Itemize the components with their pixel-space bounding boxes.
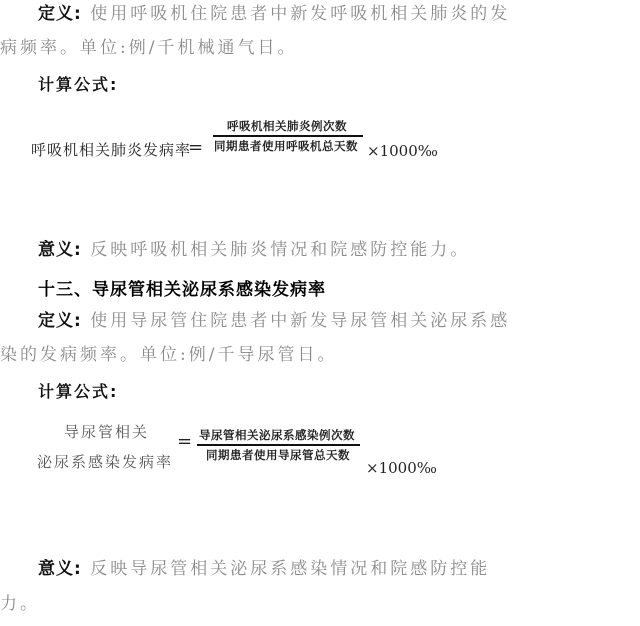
s12-definition-text: 使用呼吸机住院患者中新发呼吸机相关肺炎的发 bbox=[90, 4, 510, 24]
s13-definition-text: 使用导尿管住院患者中新发导尿管相关泌尿系感 bbox=[90, 311, 510, 331]
s13-fraction-bar bbox=[197, 444, 360, 446]
s13-formula-lhs-line1: 导尿管相关 bbox=[64, 421, 149, 442]
s13-formula-lhs-line2: 泌尿系感染发病率 bbox=[37, 451, 173, 472]
s13-definition-line1: 定义: 使用导尿管住院患者中新发导尿管相关泌尿系感 bbox=[38, 311, 510, 331]
s13-formula-numerator: 导尿管相关泌尿系感染例次数 bbox=[199, 427, 355, 443]
s13-significance-label: 意义: bbox=[38, 559, 82, 579]
s12-formula-equals: = bbox=[188, 137, 203, 158]
s12-fraction-bar bbox=[213, 135, 363, 137]
s12-definition-label: 定义: bbox=[38, 4, 82, 24]
s12-formula-label: 计算公式: bbox=[38, 72, 118, 95]
s13-formula-label: 计算公式: bbox=[38, 379, 118, 402]
s12-significance-label: 意义: bbox=[38, 240, 82, 260]
s13-significance-text: 反映导尿管相关泌尿系感染情况和院感防控能 bbox=[90, 559, 490, 579]
s13-formula-equals: = bbox=[177, 431, 192, 452]
s13-significance-line1: 意义: 反映导尿管相关泌尿系感染情况和院感防控能 bbox=[38, 559, 490, 579]
s13-definition-line2: 染的发病频率。单位:例/千导尿管日。 bbox=[0, 345, 337, 365]
s12-significance: 意义: 反映呼吸机相关肺炎情况和院感防控能力。 bbox=[38, 240, 470, 260]
s12-formula-lhs: 呼吸机相关肺炎发病率 bbox=[31, 139, 191, 160]
s13-formula-denominator: 同期患者使用导尿管总天数 bbox=[206, 447, 350, 463]
s13-significance-line2: 力。 bbox=[0, 594, 40, 614]
s12-formula-numerator: 呼吸机相关肺炎例次数 bbox=[227, 118, 347, 134]
s12-definition-line1: 定义: 使用呼吸机住院患者中新发呼吸机相关肺炎的发 bbox=[38, 4, 510, 24]
s12-formula-denominator: 同期患者使用呼吸机总天数 bbox=[214, 138, 358, 154]
s13-definition-label: 定义: bbox=[38, 311, 82, 331]
s12-significance-text: 反映呼吸机相关肺炎情况和院感防控能力。 bbox=[90, 240, 470, 260]
s12-formula-multiplier: ×1000‰ bbox=[367, 142, 438, 160]
s13-heading: 十三、导尿管相关泌尿系感染发病率 bbox=[38, 275, 326, 300]
s13-formula-multiplier: ×1000‰ bbox=[366, 459, 437, 477]
s12-definition-line2: 病频率。单位:例/千机械通气日。 bbox=[0, 38, 297, 58]
